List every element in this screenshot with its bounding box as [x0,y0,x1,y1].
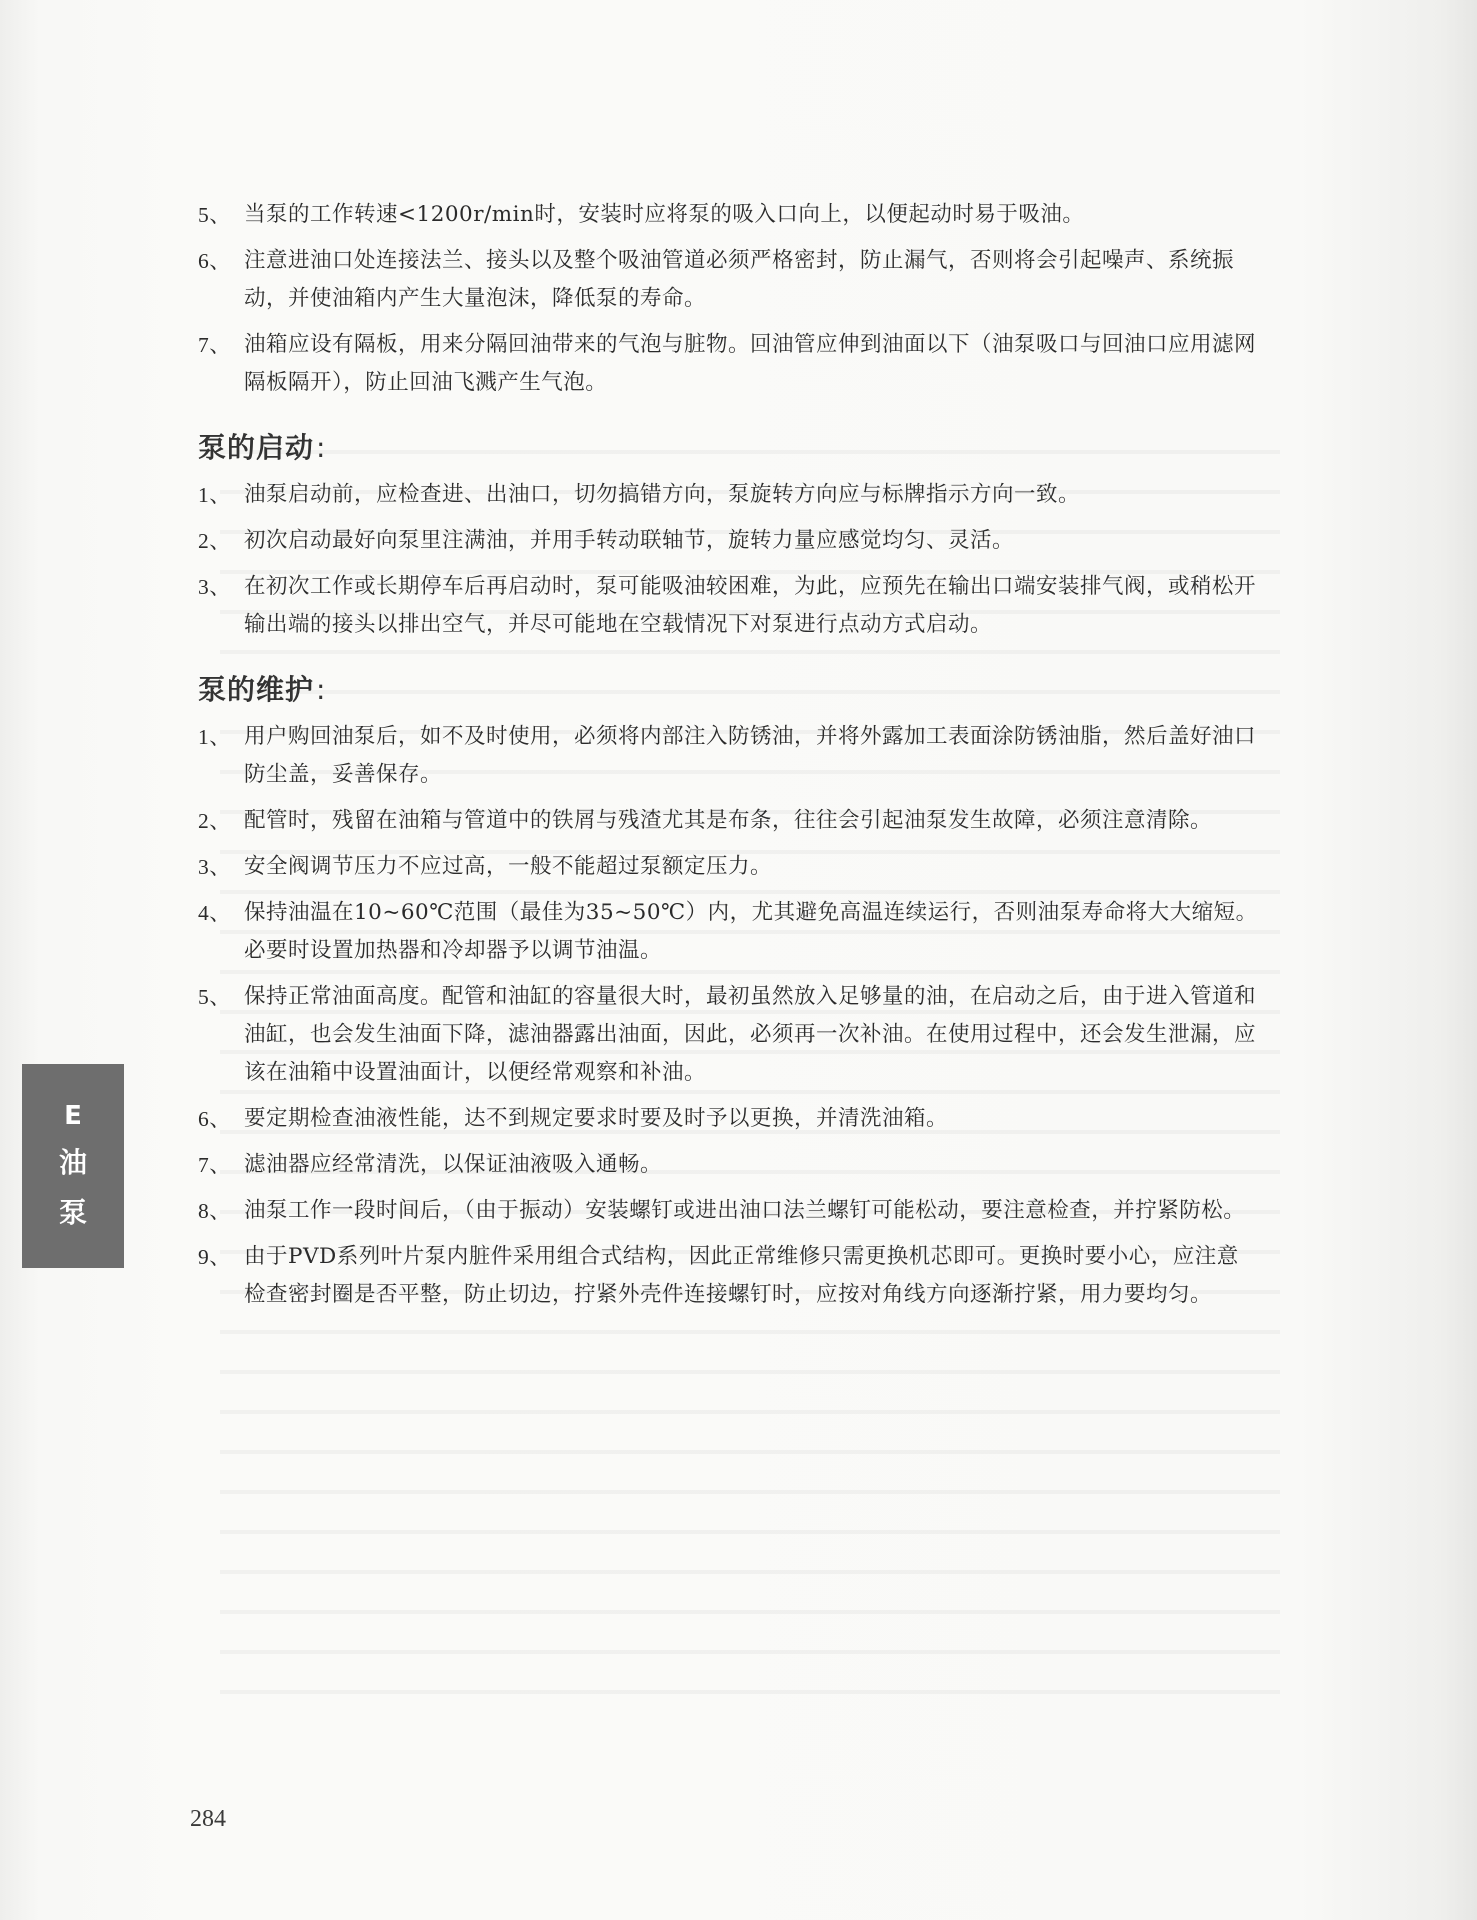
item-number: 4、 [198,894,244,932]
item-number: 1、 [198,718,244,756]
item-text: 初次启动最好向泵里注满油，并用手转动联轴节，旋转力量应感觉均匀、灵活。 [244,528,1014,553]
maintenance-list: 1、 用户购回油泵后，如不及时使用，必须将内部注入防锈油，并将外露加工表面涂防锈… [198,718,1258,1314]
item-text: 油泵工作一段时间后，（由于振动）安装螺钉或进出油口法兰螺钉可能松动，要注意检查，… [244,1198,1245,1223]
heading-colon: : [316,431,326,464]
heading-text: 泵的启动 [198,431,314,464]
heading-text: 泵的维护 [198,673,314,706]
page-content: 5、 当泵的工作转速<1200r/min时，安装时应将泵的吸入口向上，以便起动时… [198,196,1258,1322]
heading-colon: : [316,673,326,706]
item-text: 当泵的工作转速<1200r/min时，安装时应将泵的吸入口向上，以便起动时易于吸… [244,202,1084,227]
chapter-side-tab: E 油 泵 [22,1064,124,1268]
startup-list: 1、 油泵启动前，应检查进、出油口，切勿搞错方向，泵旋转方向应与标牌指示方向一致… [198,476,1258,644]
item-number: 3、 [198,848,244,886]
list-item: 7、 油箱应设有隔板，用来分隔回油带来的气泡与脏物。回油管应伸到油面以下（油泵吸… [198,326,1258,402]
list-item: 6、 要定期检查油液性能，达不到规定要求时要及时予以更换，并清洗油箱。 [198,1100,1258,1138]
list-item: 3、 安全阀调节压力不应过高，一般不能超过泵额定压力。 [198,848,1258,886]
item-text: 注意进油口处连接法兰、接头以及整个吸油管道必须严格密封，防止漏气，否则将会引起噪… [244,248,1234,311]
item-text: 安全阀调节压力不应过高，一般不能超过泵额定压力。 [244,854,772,879]
list-item: 3、 在初次工作或长期停车后再启动时，泵可能吸油较困难，为此，应预先在输出口端安… [198,568,1258,644]
item-number: 5、 [198,196,244,234]
list-item: 9、 由于PVD系列叶片泵内脏件采用组合式结构，因此正常维修只需更换机芯即可。更… [198,1238,1258,1314]
chapter-title-char: 油 [59,1143,87,1183]
item-number: 5、 [198,978,244,1016]
item-text: 在初次工作或长期停车后再启动时，泵可能吸油较困难，为此，应预先在输出口端安装排气… [244,574,1256,637]
list-item: 4、 保持油温在10~60℃范围（最佳为35~50℃）内，尤其避免高温连续运行，… [198,894,1258,970]
chapter-letter: E [64,1099,82,1133]
item-number: 7、 [198,326,244,364]
item-text: 用户购回油泵后，如不及时使用，必须将内部注入防锈油，并将外露加工表面涂防锈油脂，… [244,724,1256,787]
item-number: 9、 [198,1238,244,1276]
page-number: 284 [190,1806,226,1833]
list-item: 1、 油泵启动前，应检查进、出油口，切勿搞错方向，泵旋转方向应与标牌指示方向一致… [198,476,1258,514]
section-heading-maintenance: 泵的维护: [198,670,1258,710]
item-number: 2、 [198,522,244,560]
item-text: 滤油器应经常清洗，以保证油液吸入通畅。 [244,1152,662,1177]
item-number: 2、 [198,802,244,840]
item-number: 8、 [198,1192,244,1230]
item-text: 由于PVD系列叶片泵内脏件采用组合式结构，因此正常维修只需更换机芯即可。更换时要… [244,1244,1239,1307]
section-heading-startup: 泵的启动: [198,428,1258,468]
list-item: 5、 当泵的工作转速<1200r/min时，安装时应将泵的吸入口向上，以便起动时… [198,196,1258,234]
list-item: 2、 配管时，残留在油箱与管道中的铁屑与残渣尤其是布条，往往会引起油泵发生故障，… [198,802,1258,840]
list-item: 5、 保持正常油面高度。配管和油缸的容量很大时，最初虽然放入足够量的油，在启动之… [198,978,1258,1092]
list-item: 2、 初次启动最好向泵里注满油，并用手转动联轴节，旋转力量应感觉均匀、灵活。 [198,522,1258,560]
item-text: 配管时，残留在油箱与管道中的铁屑与残渣尤其是布条，往往会引起油泵发生故障，必须注… [244,808,1212,833]
item-number: 3、 [198,568,244,606]
list-item: 7、 滤油器应经常清洗，以保证油液吸入通畅。 [198,1146,1258,1184]
item-text: 油箱应设有隔板，用来分隔回油带来的气泡与脏物。回油管应伸到油面以下（油泵吸口与回… [244,332,1256,395]
list-item: 1、 用户购回油泵后，如不及时使用，必须将内部注入防锈油，并将外露加工表面涂防锈… [198,718,1258,794]
item-text: 保持正常油面高度。配管和油缸的容量很大时，最初虽然放入足够量的油，在启动之后，由… [244,984,1256,1085]
item-text: 保持油温在10~60℃范围（最佳为35~50℃）内，尤其避免高温连续运行，否则油… [244,900,1258,963]
list-item: 6、 注意进油口处连接法兰、接头以及整个吸油管道必须严格密封，防止漏气，否则将会… [198,242,1258,318]
item-number: 6、 [198,242,244,280]
chapter-title-char: 泵 [59,1193,87,1233]
item-number: 7、 [198,1146,244,1184]
item-number: 1、 [198,476,244,514]
item-text: 油泵启动前，应检查进、出油口，切勿搞错方向，泵旋转方向应与标牌指示方向一致。 [244,482,1080,507]
install-list: 5、 当泵的工作转速<1200r/min时，安装时应将泵的吸入口向上，以便起动时… [198,196,1258,402]
item-number: 6、 [198,1100,244,1138]
item-text: 要定期检查油液性能，达不到规定要求时要及时予以更换，并清洗油箱。 [244,1106,948,1131]
list-item: 8、 油泵工作一段时间后，（由于振动）安装螺钉或进出油口法兰螺钉可能松动，要注意… [198,1192,1258,1230]
